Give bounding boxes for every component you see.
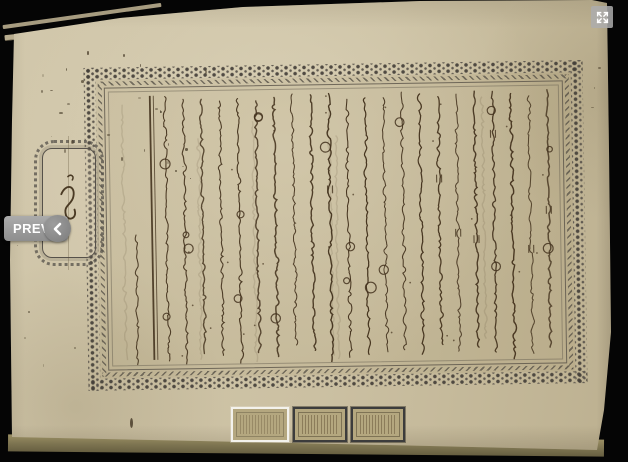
manuscript-page: [0, 0, 628, 462]
thumb-page-border: [298, 412, 342, 437]
manuscript-text: [109, 85, 562, 365]
thumb-page-border: [356, 412, 400, 437]
thumb-page-border: [236, 412, 284, 437]
page-thumbnail-1[interactable]: [231, 407, 289, 442]
page-thumbnail-2[interactable]: [293, 407, 347, 442]
viewer: PREV: [0, 0, 628, 462]
expand-arrows-icon: [595, 10, 610, 25]
page-thumbnail-3[interactable]: [351, 407, 405, 442]
manuscript-scan-image[interactable]: [0, 0, 628, 462]
fullscreen-button[interactable]: [591, 6, 613, 28]
chevron-left-icon: [44, 215, 71, 242]
prev-button[interactable]: PREV: [4, 216, 68, 241]
thumbnail-strip: [231, 407, 405, 442]
page-number-cartouche: [42, 148, 96, 258]
